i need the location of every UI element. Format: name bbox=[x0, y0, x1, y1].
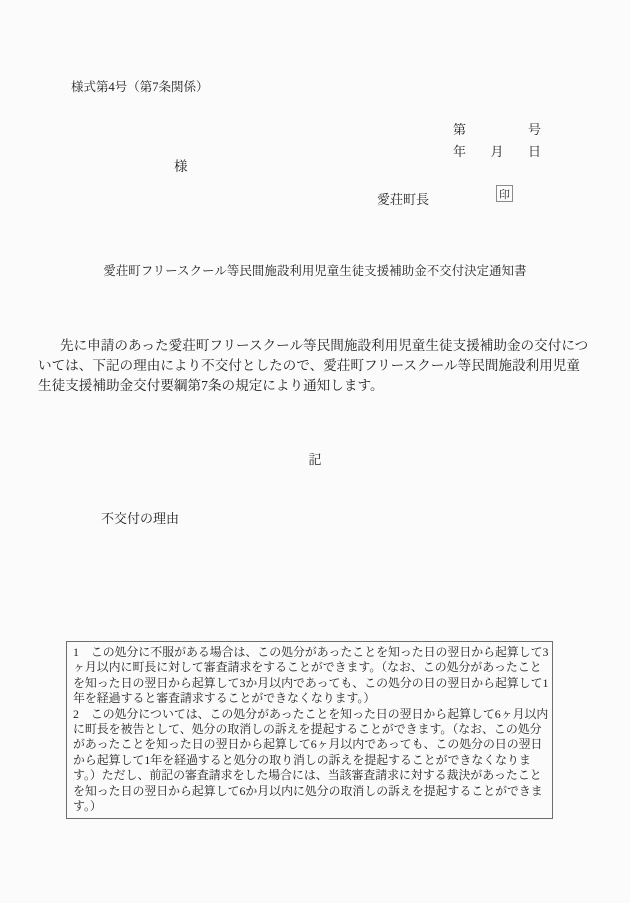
text-line: 2 この処分については、この処分があったことを知った日の翌日から起算して6ヶ月以… bbox=[73, 707, 546, 722]
text-line: いては、下記の理由により不交付としたので、愛荘町フリースクール等民間施設利用児童 bbox=[38, 356, 598, 376]
text-line: 先に申請のあった愛荘町フリースクール等民間施設利用児童生徒支援補助金の交付につ bbox=[38, 336, 598, 356]
text-line: があったことを知った日の翌日から起算して6ヶ月以内であっても、この処分の日の翌日 bbox=[73, 737, 546, 752]
non-grant-reason-label: 不交付の理由 bbox=[101, 508, 179, 527]
text-line: す。）ただし、前記の審査請求をした場合には、当該審査請求に対する裁決があったこと bbox=[73, 768, 546, 783]
addressee-honorific: 様 bbox=[174, 155, 188, 175]
text-line: を知った日の翌日から起算して3か月以内であっても、この処分の日の翌日から起算して… bbox=[73, 676, 546, 691]
form-number-label: 様式第4号（第7条関係） bbox=[71, 77, 209, 95]
text-line: に町長を被告として、処分の取消しの訴えを提起することができます。（なお、この処分 bbox=[73, 722, 546, 737]
date-day-label: 日 bbox=[528, 141, 541, 160]
doc-number-prefix: 第 bbox=[453, 119, 466, 138]
document-title: 愛荘町フリースクール等民間施設利用児童生徒支援補助金不交付決定通知書 bbox=[0, 261, 630, 279]
text-line: から起算して1年を経過すると処分の取り消しの訴えを提起することができなくなりま bbox=[73, 753, 546, 768]
date-month-label: 月 bbox=[490, 141, 503, 160]
issuer-title: 愛荘町長 bbox=[377, 189, 429, 208]
text-line: 生徒支援補助金交付要綱第7条の規定により通知します。 bbox=[38, 376, 598, 396]
seal-stamp-box: 印 bbox=[496, 185, 513, 202]
date-year-label: 年 bbox=[453, 141, 466, 160]
body-paragraph: 先に申請のあった愛荘町フリースクール等民間施設利用児童生徒支援補助金の交付につい… bbox=[38, 336, 598, 396]
document-page: 様式第4号（第7条関係） 第 号 年 月 日 様 愛荘町長 印 愛荘町フリースク… bbox=[0, 0, 630, 903]
document-number-line: 第 号 bbox=[453, 119, 541, 138]
text-line: 年を経過すると審査請求することができなくなります。） bbox=[73, 691, 546, 706]
text-line: を知った日の翌日から起算して6か月以内に処分の取消しの訴えを提起することができま bbox=[73, 784, 546, 799]
text-line: す。） bbox=[73, 799, 546, 814]
record-marker: 記 bbox=[0, 449, 630, 468]
text-line: 1 この処分に不服がある場合は、この処分があったことを知った日の翌日から起算して… bbox=[73, 645, 546, 660]
date-line: 年 月 日 bbox=[453, 141, 541, 160]
appeal-notes-box: 1 この処分に不服がある場合は、この処分があったことを知った日の翌日から起算して… bbox=[66, 641, 553, 819]
text-line: ヶ月以内に町長に対して審査請求をすることができます。（なお、この処分があったこと bbox=[73, 660, 546, 675]
doc-number-suffix: 号 bbox=[528, 119, 541, 138]
